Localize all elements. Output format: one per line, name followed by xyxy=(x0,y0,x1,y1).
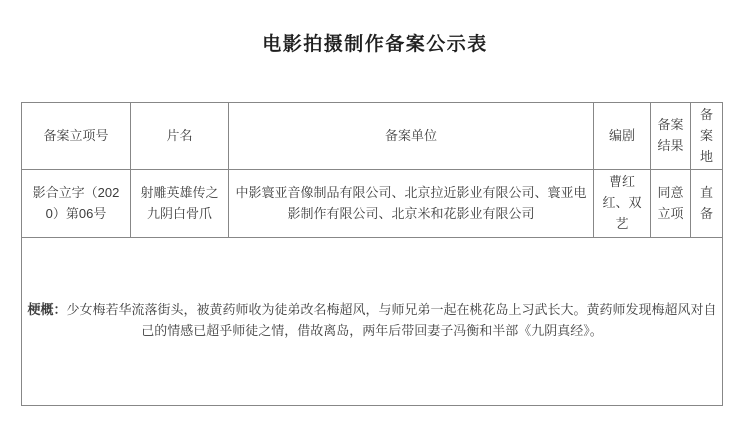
synopsis-cell: 梗概：少女梅若华流落街头，被黄药师收为徒弟改名梅超风，与师兄弟一起在桃花岛上习武… xyxy=(22,237,723,405)
table-row: 影合立字（2020）第06号 射雕英雄传之九阴白骨爪 中影寰亚音像制品有限公司、… xyxy=(22,170,723,237)
cell-filing-number: 影合立字（2020）第06号 xyxy=(22,170,131,237)
cell-filing-place: 直备 xyxy=(691,170,723,237)
header-cell-filing-place: 备案地 xyxy=(691,103,723,170)
cell-filing-result: 同意立项 xyxy=(651,170,691,237)
filing-table: 备案立项号 片名 备案单位 编剧 备案结果 备案地 影合立字（2020）第06号… xyxy=(21,102,723,406)
cell-filing-units: 中影寰亚音像制品有限公司、北京拉近影业有限公司、寰亚电影制作有限公司、北京米和花… xyxy=(229,170,594,237)
header-cell-filing-result: 备案结果 xyxy=(651,103,691,170)
synopsis-text: 少女梅若华流落街头，被黄药师收为徒弟改名梅超风，与师兄弟一起在桃花岛上习武长大。… xyxy=(67,302,717,338)
cell-film-title: 射雕英雄传之九阴白骨爪 xyxy=(131,170,229,237)
cell-screenwriter: 曹红红、双艺 xyxy=(594,170,651,237)
synopsis-label: 梗概： xyxy=(27,302,66,317)
notice-page: 电影拍摄制作备案公示表 备案立项号 片名 备案单位 编剧 备案结果 备案地 影合… xyxy=(0,0,750,446)
header-row: 备案立项号 片名 备案单位 编剧 备案结果 备案地 xyxy=(22,103,723,170)
header-cell-filing-units: 备案单位 xyxy=(229,103,594,170)
synopsis-row: 梗概：少女梅若华流落街头，被黄药师收为徒弟改名梅超风，与师兄弟一起在桃花岛上习武… xyxy=(22,237,723,405)
header-cell-filing-number: 备案立项号 xyxy=(22,103,131,170)
header-cell-film-title: 片名 xyxy=(131,103,229,170)
page-title: 电影拍摄制作备案公示表 xyxy=(0,0,750,56)
header-cell-screenwriter: 编剧 xyxy=(594,103,651,170)
